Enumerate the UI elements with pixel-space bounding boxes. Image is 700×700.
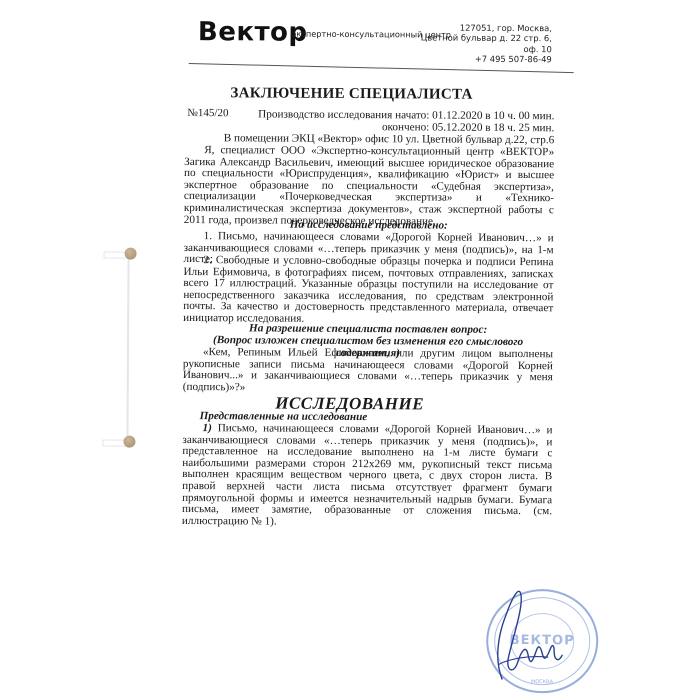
- submitted-item: 2. Свободные и условно-свободные образцы…: [183, 255, 553, 327]
- research-item-marker: 1): [202, 422, 211, 434]
- binding-thread: [126, 254, 129, 447]
- phone-number: +7 495 507-86-49: [421, 54, 552, 65]
- binding-knot: [123, 436, 135, 448]
- address-line: 127051, гор. Москва,: [421, 22, 552, 33]
- address-line: оф. 10: [421, 43, 552, 54]
- intro-paragraph: Я, специалист ООО «Экспертно-консультаци…: [184, 145, 554, 228]
- research-text: Письмо, начинающееся словами «Дорогой Ко…: [182, 422, 553, 527]
- document-title: ЗАКЛЮЧЕНИЕ СПЕЦИАЛИСТА: [2, 84, 700, 105]
- binding-knot: [125, 248, 137, 260]
- document-page: Вектор экспертно-консультационный центр …: [0, 0, 700, 700]
- research-paragraph: 1) Письмо, начинающееся словами «Дорогой…: [182, 423, 553, 530]
- question-text: «Кем, Репиным Ильей Ефимовичем, или друг…: [183, 347, 553, 396]
- company-address: 127051, гор. Москва, Цветной бульвар д. …: [421, 22, 552, 64]
- signature-icon: [488, 579, 579, 690]
- address-line: Цветной бульвар д. 22 стр. 6,: [421, 33, 552, 44]
